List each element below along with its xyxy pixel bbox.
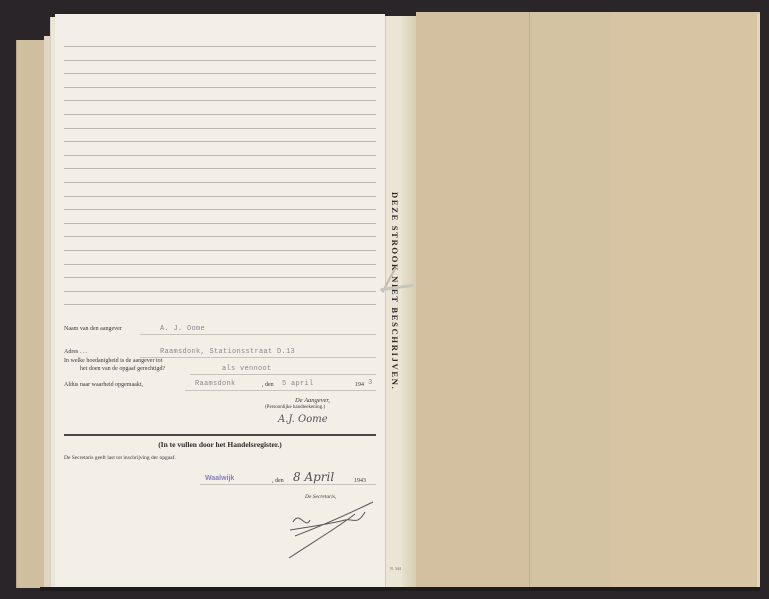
capacity-label-line1: In welke hoedanigheid is de aangever tot <box>64 358 162 364</box>
address-label: Adres . . . <box>64 349 87 355</box>
drawn-up-date: 5 april <box>282 380 314 388</box>
ruled-line <box>64 250 376 251</box>
ruled-line <box>64 209 376 210</box>
ruled-line <box>64 60 376 61</box>
ruled-line <box>64 100 376 101</box>
ruled-line <box>64 155 376 156</box>
drawn-up-underline <box>185 390 376 391</box>
drawn-up-place: Raamsdonk <box>195 380 236 388</box>
strip-vertical-text: DEZE STROOK NIET BESCHRIJVEN. <box>386 192 402 422</box>
registry-den-label: , den <box>272 478 284 484</box>
registry-statement: De Secretaris geeft last tot inschrijvin… <box>64 455 176 461</box>
place-stamp: Waalwijk <box>205 475 234 482</box>
ruled-line <box>64 264 376 265</box>
strip-shadow <box>402 16 416 588</box>
ruled-line <box>64 141 376 142</box>
ruled-line <box>64 46 376 47</box>
folder-cover-fold-panel <box>529 12 613 589</box>
capacity-underline <box>190 374 376 375</box>
ruled-line <box>64 236 376 237</box>
name-underline <box>140 334 376 335</box>
ruled-line <box>64 114 376 115</box>
address-value: Raamsdonk, Stationsstraat D.13 <box>160 348 295 356</box>
ruled-line <box>64 291 376 292</box>
ruled-line <box>64 196 376 197</box>
declarant-subtitle: (Persoonlijke handteekening.) <box>265 405 325 410</box>
drawn-up-label: Aldus naar waarheid opgemaakt, <box>64 382 143 388</box>
name-value: A. J. Oome <box>160 325 205 333</box>
registry-heading: (In te vullen door het Handelsregister.) <box>60 440 380 449</box>
ruled-line <box>64 304 376 305</box>
address-underline <box>140 357 376 358</box>
secretary-signature <box>285 500 380 560</box>
ruled-line <box>64 223 376 224</box>
ruled-line <box>64 73 376 74</box>
capacity-value: als vennoot <box>222 365 272 373</box>
declarant-signature: A.J. Oome <box>278 414 328 425</box>
declarant-title: De Aangever, <box>295 397 330 404</box>
ruled-line <box>64 128 376 129</box>
registry-underline <box>200 484 376 485</box>
folder-cover-right-panel <box>611 12 760 589</box>
drawn-up-year-prefix: 194 <box>355 382 364 388</box>
drawn-up-den-label: , den <box>262 382 274 388</box>
ruled-line <box>64 168 376 169</box>
bottom-shadow <box>40 587 760 591</box>
ruled-line <box>64 182 376 183</box>
folder-cover-edge <box>757 14 760 588</box>
form-code: N. 344 <box>390 566 401 571</box>
capacity-label-line2: het doen van de opgaaf gerechtigd? <box>80 366 165 372</box>
name-label: Naam van den aangever <box>64 326 122 332</box>
ruled-line <box>64 277 376 278</box>
ruled-line <box>64 87 376 88</box>
drawn-up-year-suffix: 3 <box>368 379 373 387</box>
registry-year: 1943 <box>354 478 366 484</box>
section-divider <box>64 434 376 436</box>
faint-header-text <box>120 28 320 38</box>
registry-date: 8 April <box>293 470 334 484</box>
